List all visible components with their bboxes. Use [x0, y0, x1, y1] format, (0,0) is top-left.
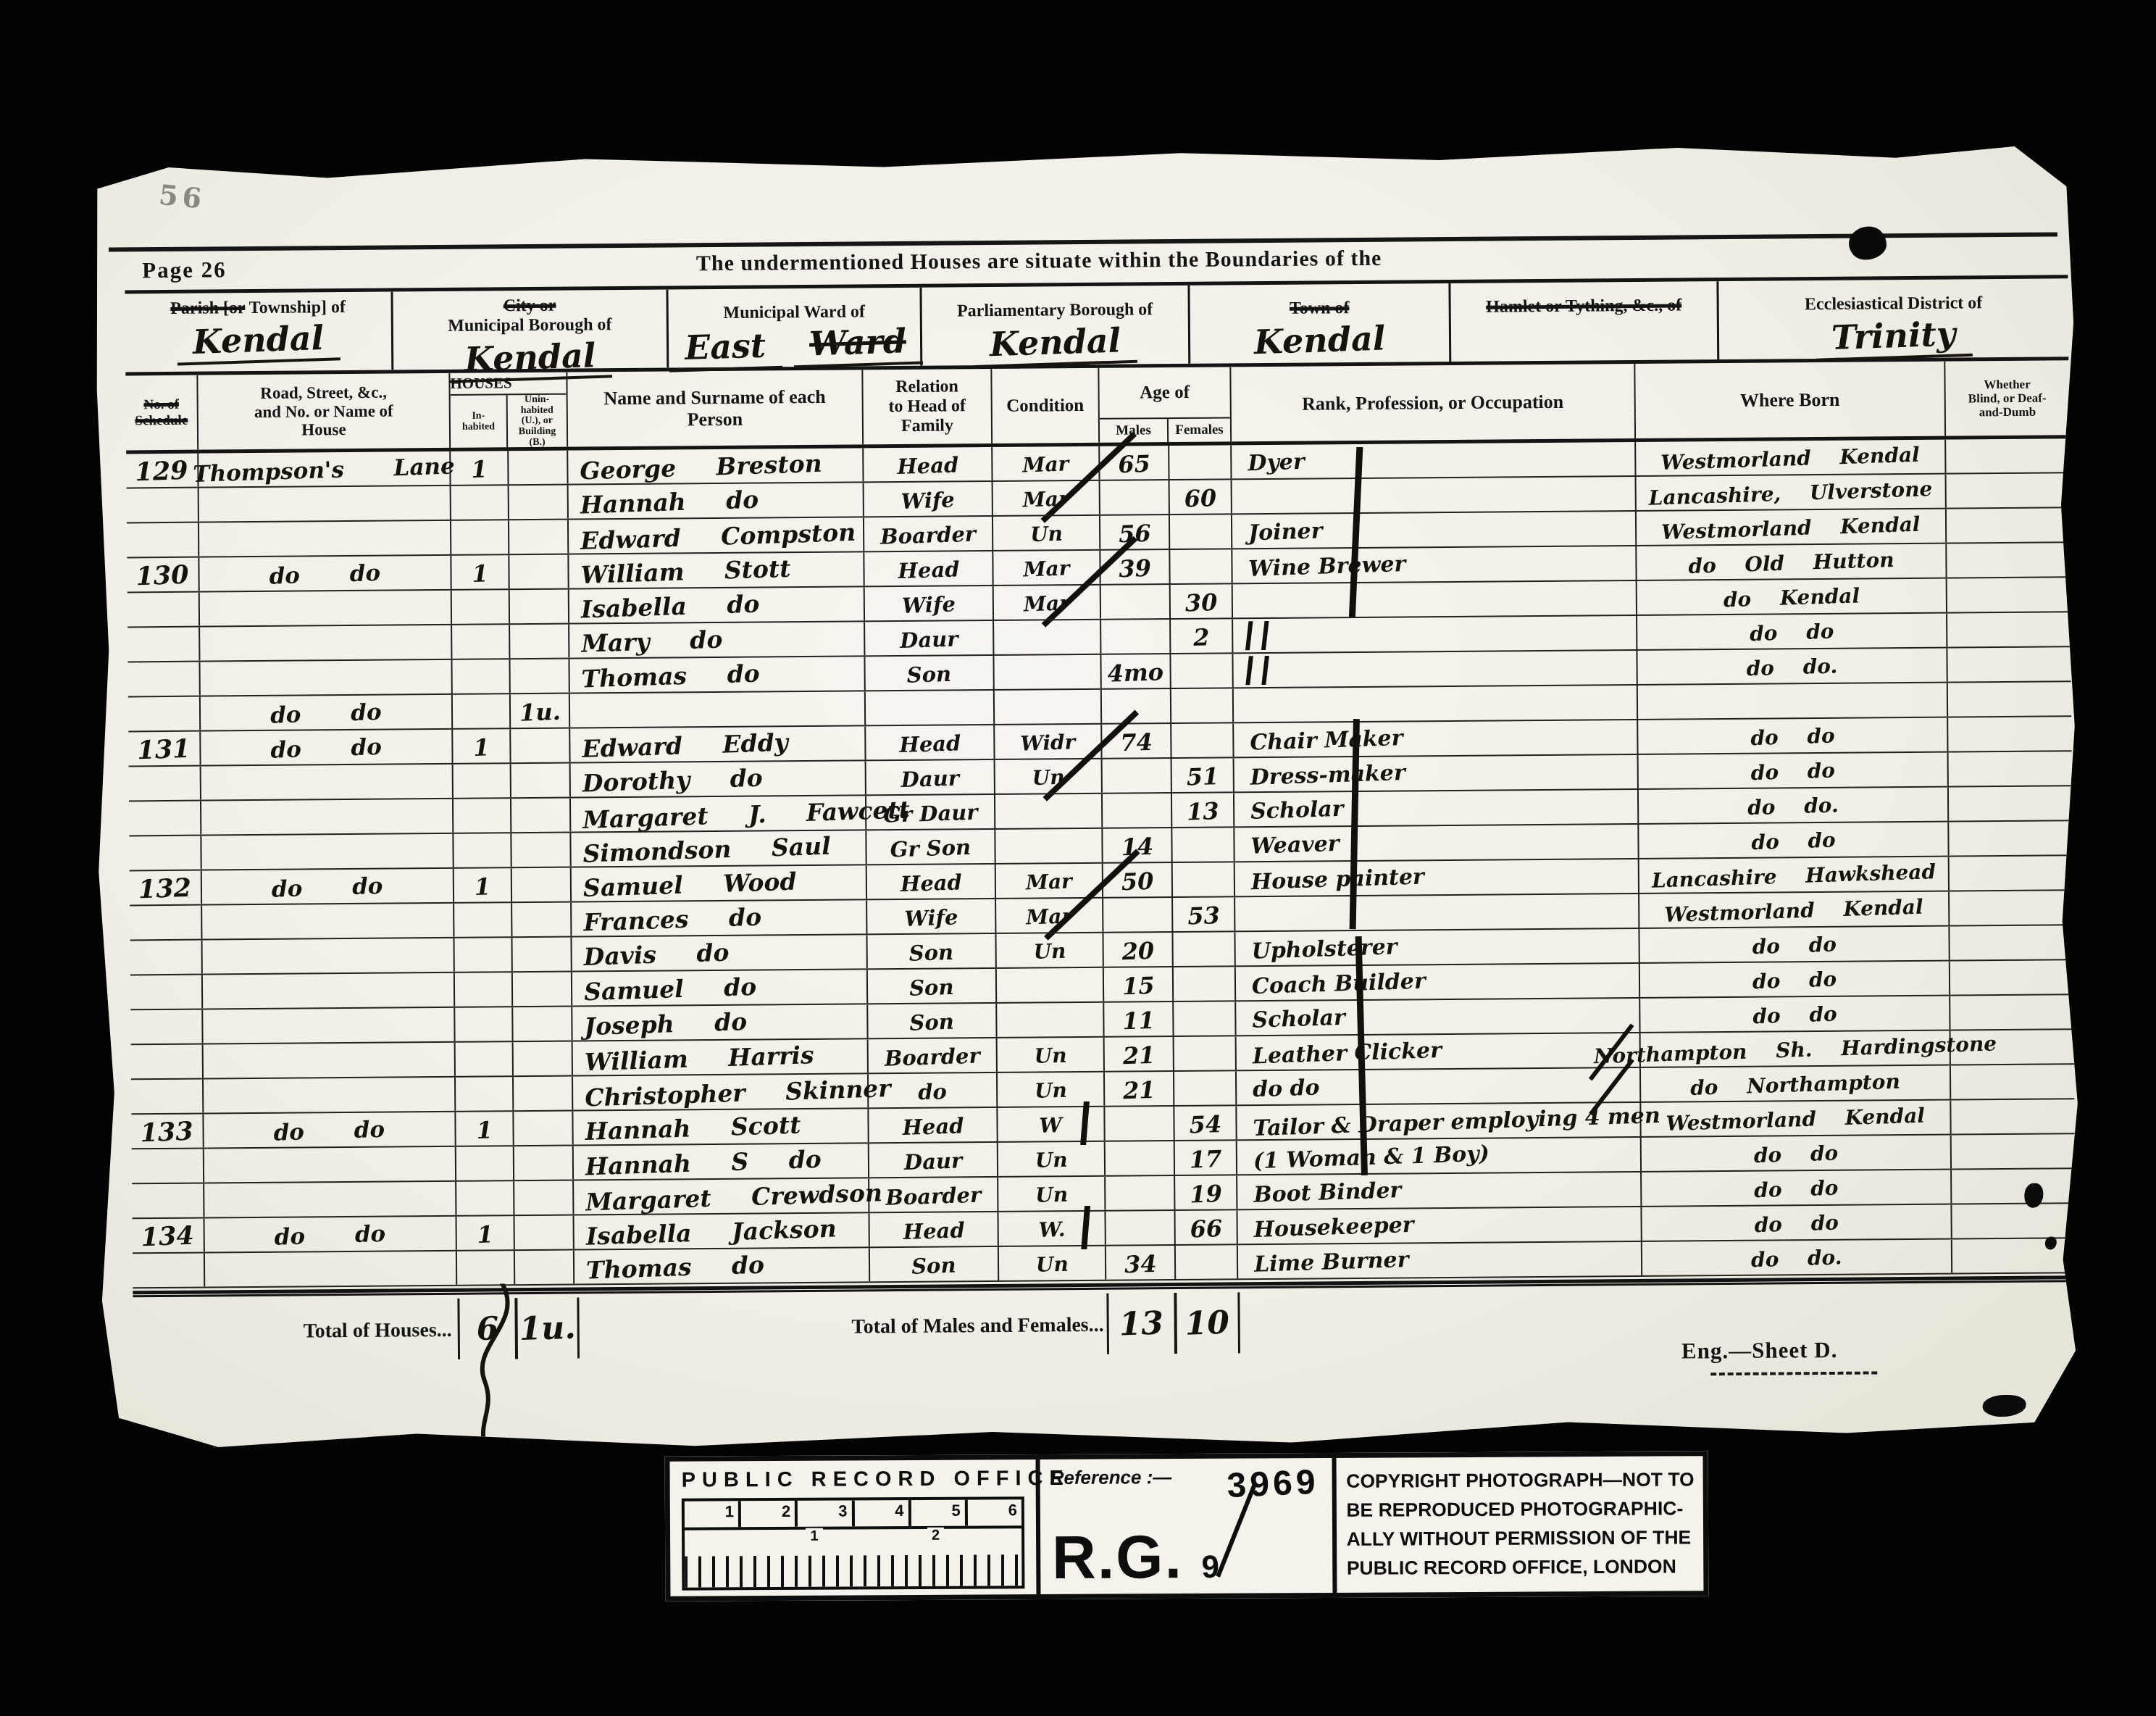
- cell-inh: [455, 972, 513, 1007]
- cell-m: 56: [1100, 515, 1170, 549]
- handwritten-entry: Isabella Jackson: [585, 1215, 837, 1251]
- cell-name: George Breston: [568, 448, 864, 483]
- handwritten-entry: Wife: [904, 903, 958, 933]
- cell-m: [1103, 794, 1172, 828]
- handwritten-entry: 17: [1189, 1144, 1222, 1174]
- cell-sch: [133, 1254, 205, 1288]
- cell-cond: Widr: [995, 725, 1102, 759]
- sheet-label: Eng.—Sheet D.: [1681, 1337, 1838, 1365]
- cell-uninh: [511, 729, 570, 763]
- cell-f: 54: [1174, 1106, 1237, 1140]
- handwritten-entry: Samuel Wood: [582, 867, 797, 903]
- cell-occ: Upholsterer: [1235, 929, 1639, 965]
- column-header-road: Road, Street, &c., and No. or Name of Ho…: [198, 373, 451, 450]
- cell-rel: Head: [869, 1108, 998, 1142]
- handwritten-entry: Un: [1033, 937, 1066, 967]
- cell-uninh: [512, 868, 572, 902]
- handwritten-entry: do do.: [1747, 791, 1839, 822]
- handwritten-entry: Lancashire Hawkshead: [1651, 857, 1936, 896]
- cell-occ: Coach Builder: [1236, 964, 1640, 1000]
- cell-m: 4mo: [1101, 654, 1171, 688]
- handwritten-entry: Coach Builder: [1251, 967, 1426, 1001]
- cell-blind: [1952, 1169, 2075, 1203]
- cell-occ: Weaver: [1234, 825, 1639, 861]
- cell-blind: [1951, 1099, 2074, 1133]
- cell-name: Edward Eddy: [570, 726, 866, 762]
- handwritten-entry: Hannah do: [580, 486, 759, 520]
- cell-sch: [132, 1184, 204, 1218]
- cell-sch: [129, 836, 201, 870]
- cell-cond: Mar: [996, 899, 1103, 933]
- handwritten-entry: 130: [135, 561, 189, 591]
- handwritten-entry: Un: [1034, 1041, 1067, 1071]
- handwritten-entry: 131: [137, 735, 191, 765]
- cell-uninh: [510, 590, 569, 624]
- cell-inh: [456, 1181, 514, 1215]
- handwritten-entry: 60: [1184, 483, 1217, 513]
- handwritten-entry: Dorothy do: [582, 763, 763, 798]
- cell-occ: Tailor & Draper employing 4 men: [1237, 1103, 1641, 1139]
- cell-born: do Old Hutton: [1637, 544, 1947, 580]
- column-header-relation: Relation to Head of Family: [863, 369, 993, 444]
- column-header-age: Age of Males Females: [1099, 367, 1232, 442]
- cell-m: 20: [1103, 933, 1173, 967]
- handwritten-entry: Christopher Skinner: [585, 1074, 892, 1113]
- handwritten-entry: 21: [1122, 1075, 1156, 1105]
- parliamentary-label: Parliamentary Borough of: [922, 300, 1188, 322]
- cell-road: [204, 1147, 456, 1183]
- handwritten-entry: George Breston: [580, 449, 822, 486]
- cell-road: do do: [205, 1217, 457, 1252]
- handwritten-entry: Gr Daur: [882, 798, 978, 830]
- handwritten-entry: Hannah S do: [585, 1145, 822, 1181]
- cell-inh: 1: [453, 729, 511, 763]
- cell-rel: Wife: [864, 482, 993, 516]
- cell-inh: [452, 659, 510, 694]
- handwritten-entry: Thompson's Lane: [193, 451, 455, 489]
- handwritten-entry: Un: [1035, 1250, 1069, 1280]
- handwritten-entry: Frances do: [583, 903, 762, 938]
- handwritten-entry: Scholar: [1252, 1004, 1346, 1036]
- cell-name: Thomas do: [574, 1248, 870, 1283]
- cell-name: Dorothy do: [571, 761, 866, 796]
- handwritten-entry: Housekeeper: [1253, 1211, 1414, 1245]
- paper-speck: [1983, 1395, 2026, 1417]
- cell-inh: [454, 764, 511, 798]
- handwritten-entry: 13: [1186, 796, 1219, 826]
- cell-name: Davis do: [572, 935, 867, 970]
- handwritten-entry: 11: [1122, 1006, 1156, 1036]
- cell-f: [1170, 515, 1232, 549]
- cell-m: [1106, 1211, 1175, 1245]
- cell-uninh: [514, 1042, 573, 1076]
- handwritten-entry: Head: [901, 1111, 964, 1142]
- cell-cond: Mar: [993, 551, 1100, 585]
- cell-f: [1174, 1001, 1236, 1036]
- cell-uninh: [512, 938, 572, 972]
- cell-rel: Boarder: [869, 1038, 998, 1072]
- cell-cond: W.: [998, 1212, 1106, 1246]
- handwritten-entry: 4mo: [1107, 657, 1164, 688]
- cell-occ: [1233, 616, 1637, 652]
- cell-cond: Un: [998, 1142, 1106, 1176]
- pencil-folio-note: 56: [157, 178, 207, 215]
- handwritten-entry: Wine Brewer: [1248, 550, 1406, 584]
- cell-cond: Un: [995, 759, 1103, 794]
- cell-born: Lancashire Hawkshead: [1639, 857, 1950, 893]
- handwritten-entry: 1: [473, 733, 490, 762]
- cell-occ: [1233, 651, 1637, 687]
- cell-cond: Un: [993, 516, 1100, 550]
- cell-cond: Un: [998, 1038, 1105, 1072]
- handwritten-entry: Hannah Scott: [585, 1110, 801, 1146]
- cell-born: Westmorland Kendal: [1639, 892, 1950, 928]
- cell-uninh: [510, 659, 569, 694]
- cell-rel: Head: [866, 725, 995, 759]
- cell-cond: [997, 1003, 1104, 1037]
- cell-road: do do: [202, 869, 454, 904]
- cell-born: do do: [1639, 753, 1949, 788]
- cell-born: do do: [1642, 1170, 1952, 1206]
- cell-occ: Dyer: [1232, 442, 1636, 478]
- handwritten-entry: Un: [1032, 763, 1065, 793]
- cell-rel: Head: [864, 447, 993, 481]
- cell-blind: [1949, 786, 2072, 820]
- handwritten-entry: Weaver: [1250, 830, 1340, 862]
- cell-occ: do do: [1237, 1068, 1641, 1104]
- handwritten-entry: do do: [1751, 825, 1836, 857]
- handwritten-entry: Edward Compston: [580, 518, 856, 556]
- cell-inh: [452, 625, 510, 659]
- cell-road: [203, 973, 455, 1009]
- cell-sch: [132, 1149, 204, 1183]
- cell-uninh: [509, 451, 568, 485]
- handwritten-entry: Head: [900, 867, 962, 899]
- cell-f: [1171, 723, 1234, 757]
- cell-blind: [1950, 960, 2073, 994]
- cell-sch: [127, 523, 199, 557]
- header-box-ecclesiastical: Ecclesiastical District of Trinity: [1718, 278, 2068, 359]
- handwritten-entry: Thomas do: [581, 659, 760, 694]
- cell-cond: [995, 794, 1103, 828]
- cell-sch: 129: [126, 454, 199, 488]
- cell-m: [1103, 898, 1173, 932]
- ward-value: East Ward: [668, 322, 922, 367]
- cell-f: 17: [1175, 1141, 1237, 1175]
- handwritten-entry: 15: [1121, 971, 1155, 1001]
- handwritten-entry: Mar: [1022, 449, 1069, 480]
- cell-blind: [1947, 647, 2071, 681]
- cell-rel: Boarder: [864, 517, 993, 551]
- cell-sch: [128, 593, 200, 627]
- cell-blind: [1950, 856, 2073, 890]
- pen-flourish: [451, 1283, 547, 1454]
- header-box-town: Town of Kendal: [1190, 283, 1451, 364]
- cell-blind: [1951, 1065, 2074, 1099]
- cell-occ: Scholar: [1236, 999, 1640, 1035]
- cell-sch: 134: [133, 1219, 205, 1253]
- handwritten-entry: 1: [472, 559, 489, 588]
- handwritten-entry: do do: [1750, 721, 1835, 753]
- cell-blind: [1947, 508, 2070, 542]
- cell-sch: [130, 975, 203, 1009]
- cell-road: do do: [199, 556, 451, 591]
- cell-blind: [1949, 751, 2072, 786]
- cell-sch: 132: [130, 871, 202, 905]
- handwritten-entry: 50: [1121, 867, 1154, 896]
- handwritten-entry: Dyer: [1248, 448, 1305, 479]
- cell-rel: Daur: [869, 1143, 998, 1177]
- cell-cond: Mar: [996, 864, 1103, 898]
- cell-f: 51: [1172, 758, 1234, 792]
- cell-cond: [995, 690, 1102, 724]
- handwritten-entry: 34: [1124, 1249, 1157, 1279]
- cell-name: Hannah Scott: [573, 1109, 869, 1144]
- handwritten-entry: 66: [1190, 1214, 1223, 1244]
- cell-f: [1176, 1245, 1238, 1279]
- cell-rel: Boarder: [869, 1178, 998, 1212]
- handwritten-entry: Boarder: [885, 1180, 982, 1212]
- handwritten-entry: do do.: [1746, 651, 1838, 683]
- handwritten-entry: William Harris: [584, 1041, 814, 1077]
- cell-blind: [1950, 925, 2073, 959]
- handwritten-entry: 1: [471, 454, 488, 484]
- cell-blind: [1950, 995, 2073, 1029]
- town-value: Kendal: [1253, 320, 1386, 362]
- handwritten-entry: 20: [1121, 936, 1155, 966]
- handwritten-entry: Mar: [1026, 901, 1073, 932]
- cell-road: [201, 799, 454, 835]
- cell-inh: [456, 1146, 514, 1180]
- handwritten-entry: do do: [1754, 1208, 1839, 1240]
- cell-uninh: [514, 1112, 573, 1146]
- cell-sch: [127, 488, 199, 522]
- column-header-houses: HOUSES In-habited Unin-habited (U.), orB…: [450, 372, 568, 448]
- cell-born: [1638, 683, 1948, 719]
- handwritten-entry: Un: [1035, 1180, 1068, 1210]
- handwritten-entry: Mar: [1025, 867, 1072, 897]
- handwritten-entry: Widr: [1020, 728, 1076, 758]
- cell-f: [1171, 654, 1233, 688]
- cell-occ: Lime Burner: [1238, 1242, 1642, 1278]
- handwritten-entry: Margaret Crewdson: [585, 1178, 883, 1217]
- cell-occ: Joiner: [1232, 512, 1637, 548]
- cell-occ: (1 Woman & 1 Boy): [1237, 1138, 1642, 1174]
- cell-name: William Harris: [573, 1039, 869, 1075]
- handwritten-entry: do do: [273, 1115, 385, 1148]
- cell-name: Margaret Crewdson: [574, 1178, 869, 1214]
- cell-m: 74: [1102, 724, 1171, 758]
- handwritten-entry: Son: [909, 972, 955, 1003]
- handwritten-entry: House painter: [1250, 862, 1424, 897]
- census-rows: 129Thompson's Lane1George BrestonHeadMar…: [126, 438, 2076, 1288]
- cell-rel: Gr Son: [866, 830, 995, 864]
- cell-sch: [131, 1080, 204, 1114]
- cell-inh: [451, 520, 509, 554]
- handwritten-entry: 54: [1189, 1109, 1222, 1139]
- handwritten-entry: Wife: [901, 590, 956, 620]
- cell-name: Simondson Saul: [571, 830, 866, 866]
- cell-m: [1100, 480, 1170, 515]
- handwritten-entry: Isabella do: [580, 590, 760, 625]
- handwritten-entry: Mar: [1023, 554, 1070, 584]
- handwritten-entry: do Kendal: [1723, 581, 1860, 615]
- handwritten-entry: Simondson Saul: [582, 832, 831, 869]
- handwritten-entry: 51: [1186, 762, 1219, 791]
- cell-inh: [452, 590, 510, 624]
- handwritten-entry: Daur: [901, 763, 960, 794]
- cell-cond: [995, 829, 1103, 863]
- header-box-hamlet: Hamlet or Tything, &c., of: [1450, 281, 1719, 362]
- handwritten-entry: do do: [270, 733, 383, 765]
- cell-born: Lancashire, Ulverstone: [1637, 475, 1947, 510]
- cell-m: 39: [1100, 550, 1170, 584]
- cell-name: Mary do: [569, 622, 865, 657]
- cell-sch: [128, 628, 200, 662]
- cell-inh: 1: [456, 1112, 514, 1146]
- cell-uninh: [514, 1146, 574, 1180]
- cell-inh: [454, 833, 511, 867]
- stamp-copyright-section: COPYRIGHT PHOTOGRAPH—NOT TO BE REPRODUCE…: [1332, 1456, 1703, 1593]
- column-header-females: Females: [1169, 418, 1230, 442]
- handwritten-entry: Northampton Sh. Hardingstone: [1593, 1029, 1997, 1071]
- cell-born: Westmorland Kendal: [1636, 440, 1946, 475]
- ecclesiastical-value: Trinity: [1815, 315, 1972, 362]
- cell-rel: [866, 691, 995, 725]
- cell-cond: Mar: [994, 586, 1101, 620]
- cell-f: 2: [1171, 619, 1233, 653]
- handwritten-entry: Dress-maker: [1250, 759, 1405, 793]
- cell-rel: Son: [868, 1004, 997, 1038]
- cell-uninh: [509, 486, 569, 520]
- census-form: 56 Page 26 The undermentioned Houses are…: [89, 141, 2084, 1457]
- cell-road: [201, 765, 454, 800]
- total-houses-label: Total of Houses...: [235, 1319, 452, 1344]
- column-header-row: No. of Schedule Road, Street, &c., and N…: [125, 360, 2069, 454]
- cell-road: [205, 1251, 457, 1287]
- cell-m: [1101, 620, 1171, 654]
- cell-born: do do: [1637, 614, 1947, 649]
- handwritten-entry: Mary do: [581, 625, 723, 659]
- cell-uninh: 1u.: [511, 694, 570, 728]
- cell-f: [1169, 445, 1232, 479]
- column-header-uninhabited: Unin-habited (U.), orBuilding (B.): [508, 395, 567, 449]
- cell-road: [200, 660, 452, 696]
- handwritten-entry: Lime Burner: [1253, 1246, 1409, 1280]
- cell-sch: [131, 1045, 204, 1079]
- cell-rel: Son: [865, 656, 994, 690]
- cell-born: do do: [1638, 718, 1948, 754]
- cell-m: [1101, 585, 1171, 619]
- cell-born: do do.: [1642, 1240, 1952, 1275]
- header-box-parish: Parish [or Township] of Kendal: [125, 291, 393, 372]
- cell-occ: [1235, 894, 1639, 930]
- cell-uninh: [514, 1181, 574, 1215]
- ruler-inches-row: 1 2 3 4 5 6: [685, 1499, 1021, 1530]
- cell-occ: House painter: [1235, 859, 1639, 896]
- ward-label: Municipal Ward of: [669, 302, 920, 324]
- handwritten-entry: Un: [1034, 1076, 1067, 1106]
- cell-road: [202, 938, 454, 974]
- census-table: No. of Schedule Road, Street, &c., and N…: [125, 360, 2076, 1288]
- column-header-schedule: No. of Schedule: [125, 375, 199, 451]
- cell-road: Thompson's Lane: [199, 451, 451, 487]
- cell-m: [1103, 759, 1172, 793]
- handwritten-entry: 21: [1122, 1041, 1156, 1070]
- handwritten-entry: Son: [911, 1251, 957, 1281]
- handwritten-entry: do do: [274, 1220, 386, 1252]
- handwritten-entry: Boot Binder: [1253, 1176, 1402, 1210]
- column-header-blind: Whether Blind, or Deaf- and-Dumb: [1945, 360, 2069, 436]
- cell-sch: [130, 1010, 203, 1044]
- cell-name: [570, 691, 866, 727]
- handwritten-entry: Son: [908, 938, 954, 968]
- cell-uninh: [512, 903, 572, 937]
- cell-inh: [455, 1007, 513, 1041]
- cell-rel: Son: [868, 969, 997, 1003]
- header-box-ward: Municipal Ward of East Ward: [668, 288, 922, 368]
- handwritten-entry: do do: [1753, 1138, 1838, 1170]
- cell-uninh: [511, 799, 571, 833]
- hamlet-label: Hamlet or Tything, &c., of: [1451, 296, 1717, 317]
- cell-inh: [454, 799, 511, 833]
- cell-road: [199, 521, 451, 557]
- photo-background: 56 Page 26 The undermentioned Houses are…: [0, 0, 2156, 1716]
- cell-road: do do: [201, 695, 453, 730]
- reference-series: R.G. 9: [1052, 1522, 1219, 1593]
- cell-name: William Stott: [569, 552, 864, 588]
- handwritten-entry: 1u.: [519, 697, 561, 728]
- cell-f: 53: [1173, 897, 1235, 931]
- cell-road: [204, 1078, 456, 1113]
- total-males: 13: [1106, 1293, 1177, 1354]
- cell-f: [1174, 1071, 1237, 1105]
- cell-name: Hannah S do: [574, 1144, 869, 1179]
- cell-born: Westmorland Kendal: [1637, 509, 1947, 545]
- cell-cond: W: [998, 1107, 1105, 1141]
- handwritten-entry: Head: [896, 450, 958, 481]
- handwritten-entry: Tailor & Draper employing 4 men: [1253, 1101, 1660, 1144]
- handwritten-entry: Un: [1035, 1146, 1068, 1175]
- handwritten-entry: 14: [1121, 832, 1154, 862]
- handwritten-entry: 2: [1192, 622, 1210, 652]
- cell-blind: [1948, 682, 2071, 716]
- cell-cond: Un: [999, 1246, 1106, 1280]
- cell-born: Westmorland Kendal: [1641, 1101, 1951, 1136]
- cell-blind: [1947, 612, 2071, 646]
- cell-born: do Kendal: [1637, 579, 1947, 615]
- handwritten-entry: Upholsterer: [1251, 933, 1397, 966]
- cell-name: Thomas do: [569, 657, 865, 692]
- cell-blind: [1952, 1238, 2076, 1273]
- cell-rel: Wife: [865, 586, 994, 620]
- handwritten-entry: 133: [140, 1117, 193, 1148]
- handwritten-entry: do do: [1253, 1073, 1321, 1104]
- cell-m: [1102, 689, 1171, 723]
- cell-blind: [1947, 543, 2070, 577]
- reference-piece-number: 3969: [1226, 1462, 1319, 1506]
- cell-inh: 1: [454, 868, 512, 902]
- parish-value: Kendal: [176, 318, 340, 365]
- cell-inh: 1: [451, 555, 509, 589]
- cell-uninh: [514, 1216, 574, 1250]
- cell-road: [201, 834, 454, 870]
- cell-uninh: [513, 1007, 572, 1041]
- stamp-reference-section: Reference :— R.G. 9 3969: [1036, 1458, 1332, 1594]
- handwritten-entry: 74: [1119, 728, 1153, 757]
- handwritten-entry: Head: [898, 728, 961, 759]
- handwritten-entry: 39: [1119, 554, 1152, 583]
